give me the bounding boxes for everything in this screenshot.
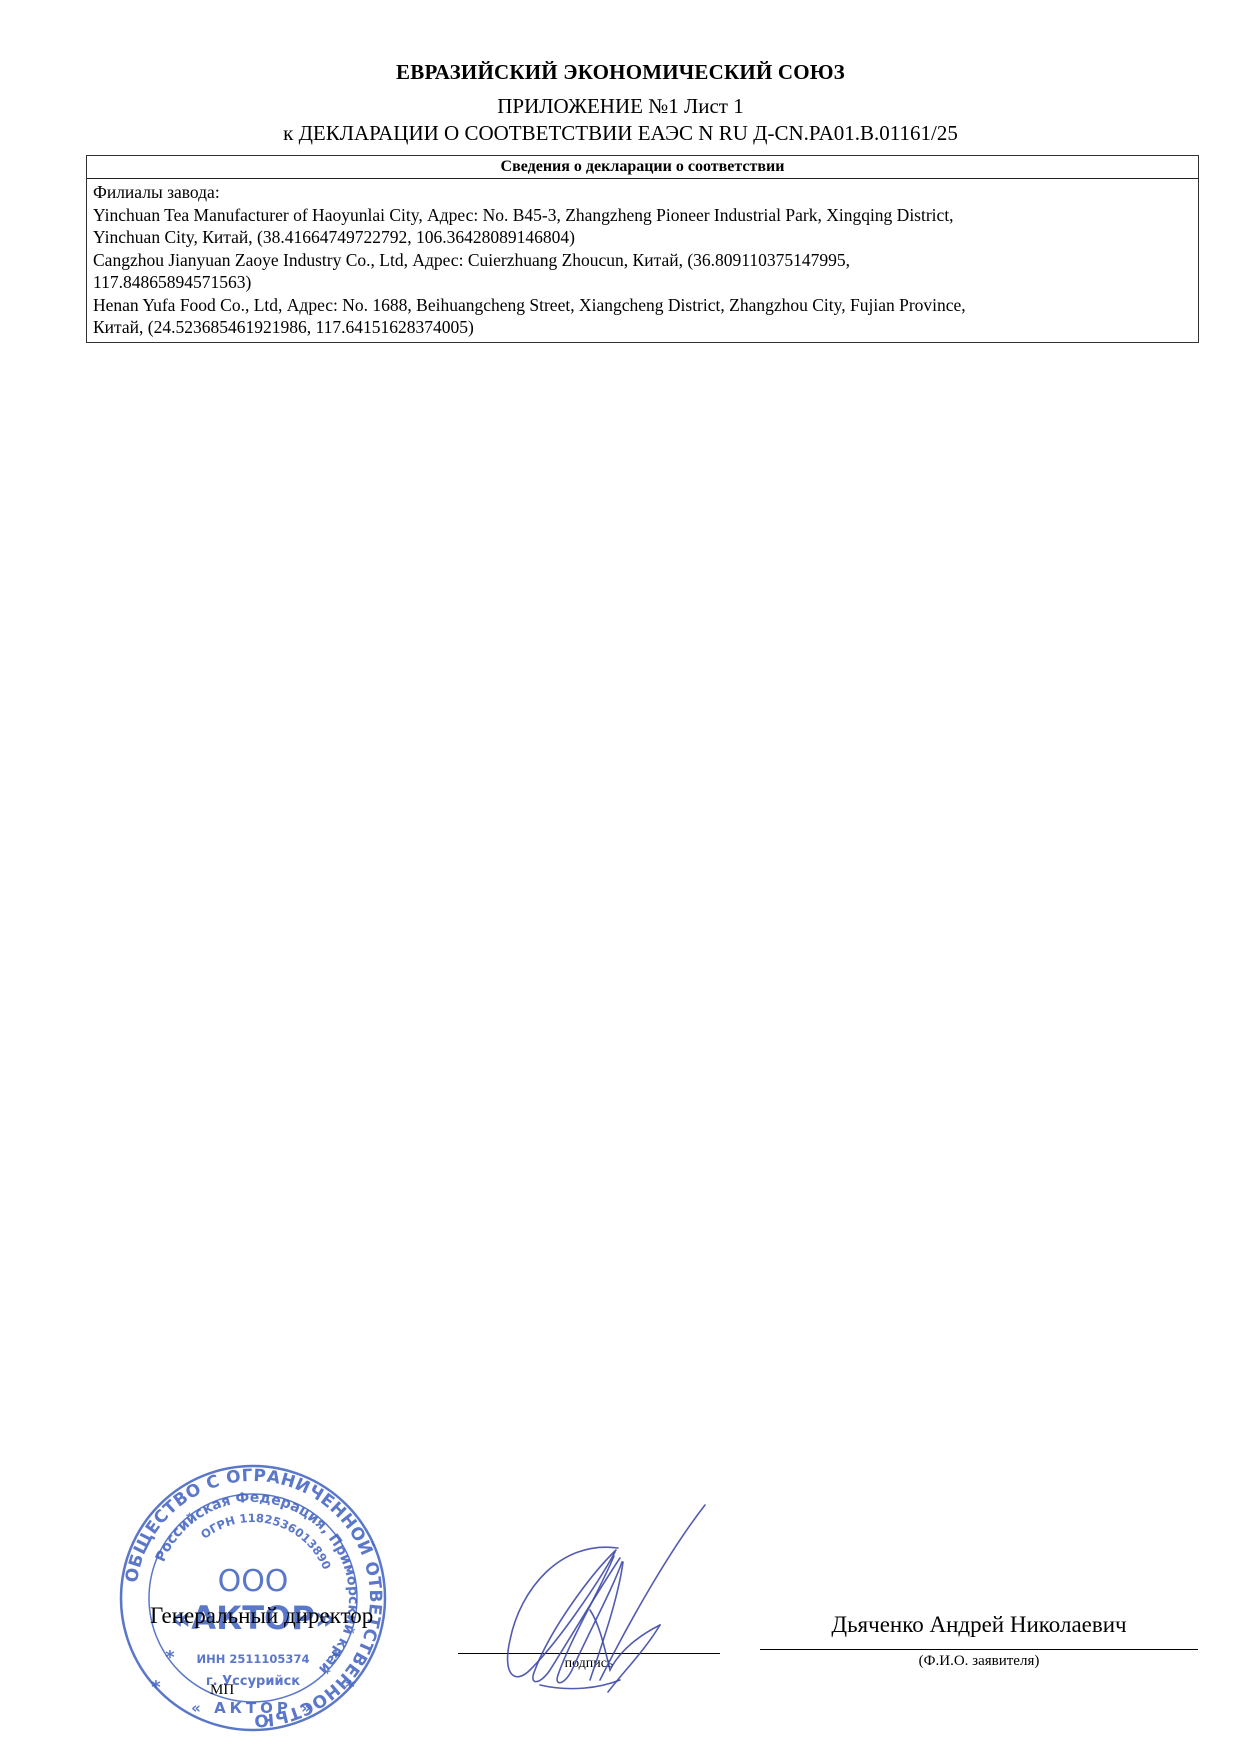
svg-text:*: *: [151, 1677, 161, 1698]
declaration-title: к ДЕКЛАРАЦИИ О СООТВЕТСТВИИ ЕАЭС N RU Д-…: [0, 121, 1241, 146]
signer-position: Генеральный директор: [150, 1603, 373, 1629]
svg-text:*: *: [165, 1647, 175, 1668]
applicant-name-line: [760, 1649, 1198, 1650]
svg-text:*: *: [345, 1677, 355, 1698]
applicant-name-caption: (Ф.И.О. заявителя): [760, 1653, 1198, 1670]
svg-text:ООО: ООО: [218, 1564, 289, 1599]
branches-label: Филиалы завода:: [93, 181, 1192, 204]
branch-1-line-1: Yinchuan Tea Manufacturer of Haoyunlai C…: [93, 204, 1192, 227]
branch-2-line-1: Cangzhou Jianyuan Zaoye Industry Co., Lt…: [93, 249, 1192, 272]
branch-3-line-2: Китай, (24.523685461921986, 117.64151628…: [93, 316, 1192, 339]
branches-list: Филиалы завода: Yinchuan Tea Manufacture…: [87, 179, 1198, 342]
appendix-title: ПРИЛОЖЕНИЕ №1 Лист 1: [0, 94, 1241, 119]
table-heading: Сведения о декларации о соответствии: [87, 156, 1198, 179]
applicant-name: Дьяченко Андрей Николаевич: [760, 1612, 1198, 1638]
union-title: ЕВРАЗИЙСКИЙ ЭКОНОМИЧЕСКИЙ СОЮЗ: [0, 60, 1241, 85]
declaration-info-table: Сведения о декларации о соответствии Фил…: [86, 155, 1199, 343]
company-stamp-icon: ОБЩЕСТВО С ОГРАНИЧЕННОЙ ОТВЕТСТВЕННОСТЬЮ…: [118, 1463, 388, 1733]
handwritten-signature-icon: [440, 1480, 740, 1700]
svg-text:« АКТОР »: « АКТОР »: [191, 1699, 315, 1717]
branch-2-line-2: 117.84865894571563): [93, 271, 1192, 294]
svg-text:*: *: [331, 1647, 341, 1668]
svg-text:ИНН 2511105374: ИНН 2511105374: [197, 1652, 310, 1666]
branch-3-line-1: Henan Yufa Food Co., Ltd, Адрес: No. 168…: [93, 294, 1192, 317]
stamp-place-label: МП: [210, 1682, 234, 1699]
branch-1-line-2: Yinchuan City, Китай, (38.41664749722792…: [93, 226, 1192, 249]
